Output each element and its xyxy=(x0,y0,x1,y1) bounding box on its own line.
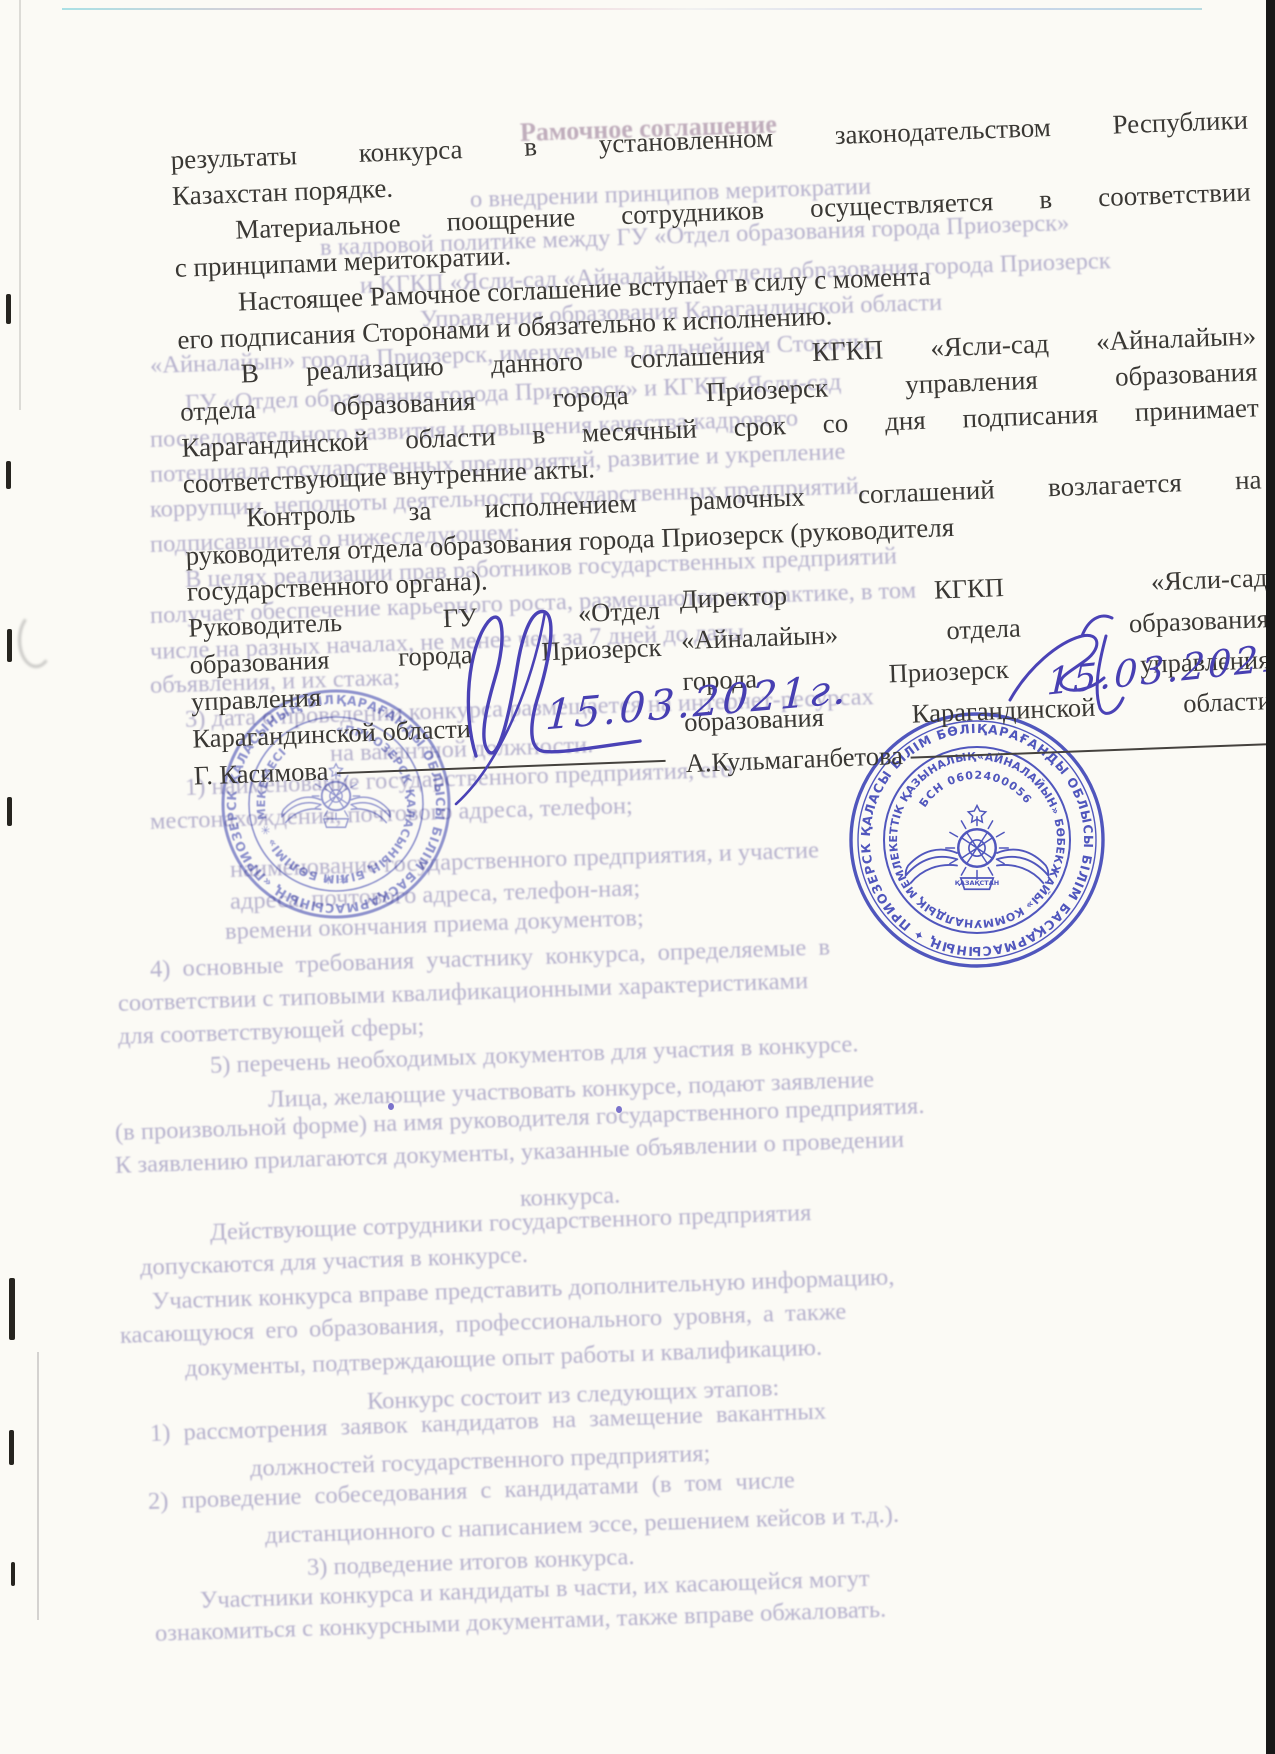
stamp-center-label: ҚАЗАҚСТАН xyxy=(955,879,999,887)
ghost-text-line: допускаются для участия в конкурсе. xyxy=(140,1241,529,1282)
signature-underline xyxy=(911,743,1274,759)
stamp-stars: ✳ ✳ xyxy=(323,873,349,888)
typed-text-layer: результаты конкурса в установленном зако… xyxy=(170,102,1265,610)
stamp-bin-number: БСН 060240005612 xyxy=(917,769,1035,843)
scanned-document-page: Рамочное соглашениео внедрении принципов… xyxy=(0,0,1275,1754)
ghost-text-line: Действующие сотрудники государственного … xyxy=(210,1199,812,1247)
ghost-text-line: для соответствующей сферы; xyxy=(118,1013,425,1051)
svg-text:БСН 060240005612: БСН 060240005612 xyxy=(917,769,1035,843)
kazakhstan-emblem-icon xyxy=(906,806,1049,890)
body-text-block: результаты конкурса в установленном зако… xyxy=(170,102,1265,610)
signatory-name: Г. Касимова xyxy=(193,753,329,795)
signature-underline xyxy=(336,760,665,774)
signatory-name: А.Кульмаганбетова xyxy=(685,735,904,784)
